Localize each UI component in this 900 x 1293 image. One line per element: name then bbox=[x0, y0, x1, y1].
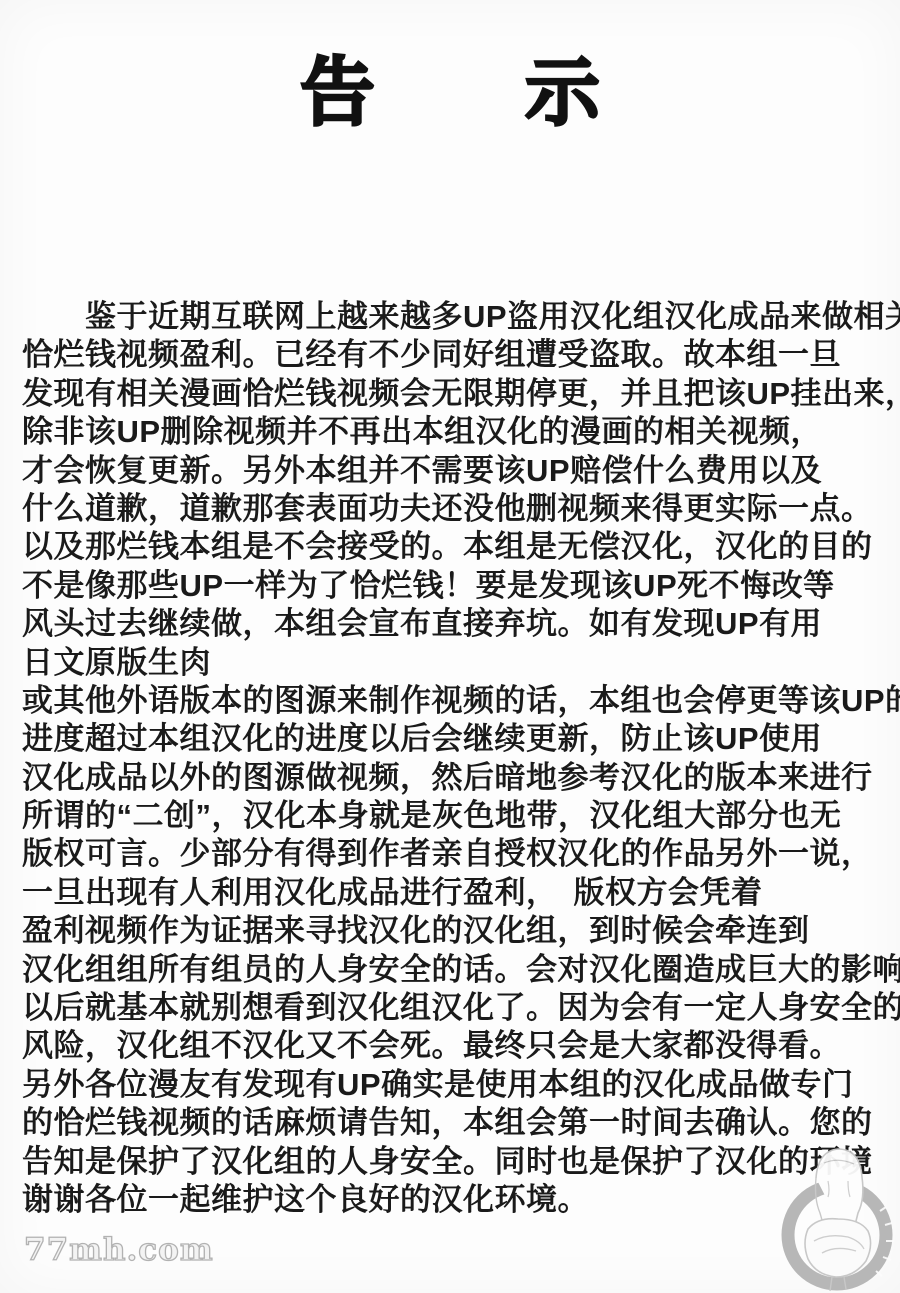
notice-line: 不是像那些UP一样为了恰烂钱！要是发现该UP死不悔改等 bbox=[22, 567, 896, 605]
notice-line: 一旦出现有人利用汉化成品进行盈利， 版权方会凭着 bbox=[22, 874, 896, 912]
notice-line: 鉴于近期互联网上越来越多UP盗用汉化组汉化成品来做相关 bbox=[22, 298, 896, 336]
notice-line: 发现有相关漫画恰烂钱视频会无限期停更，并且把该UP挂出来， bbox=[22, 375, 896, 413]
notice-page: 告 示 鉴于近期互联网上越来越多UP盗用汉化组汉化成品来做相关恰烂钱视频盈利。已… bbox=[0, 0, 900, 1293]
group-seal-icon bbox=[768, 1133, 900, 1293]
notice-line: 所谓的“二创”，汉化本身就是灰色地带，汉化组大部分也无 bbox=[22, 797, 896, 835]
notice-line: 盈利视频作为证据来寻找汉化的汉化组，到时候会牵连到 bbox=[22, 912, 896, 950]
notice-line: 风险，汉化组不汉化又不会死。最终只会是大家都没得看。 bbox=[22, 1027, 896, 1065]
notice-line: 除非该UP删除视频并不再出本组汉化的漫画的相关视频， bbox=[22, 413, 896, 451]
notice-line: 汉化成品以外的图源做视频，然后暗地参考汉化的版本来进行 bbox=[22, 759, 896, 797]
page-title: 告 示 bbox=[0, 0, 900, 130]
notice-body: 鉴于近期互联网上越来越多UP盗用汉化组汉化成品来做相关恰烂钱视频盈利。已经有不少… bbox=[0, 298, 900, 1219]
notice-line: 谢谢各位一起维护这个良好的汉化环境。 bbox=[22, 1181, 896, 1219]
notice-line: 告知是保护了汉化组的人身安全。同时也是保护了汉化的环境 bbox=[22, 1143, 896, 1181]
notice-line: 汉化组组所有组员的人身安全的话。会对汉化圈造成巨大的影响， bbox=[22, 951, 896, 989]
title-char-left: 告 bbox=[301, 56, 375, 130]
notice-line: 什么道歉，道歉那套表面功夫还没他删视频来得更实际一点。 bbox=[22, 490, 896, 528]
notice-line: 进度超过本组汉化的进度以后会继续更新，防止该UP使用 bbox=[22, 720, 896, 758]
notice-line: 风头过去继续做，本组会宣布直接弃坑。如有发现UP有用 bbox=[22, 605, 896, 643]
notice-line: 恰烂钱视频盈利。已经有不少同好组遭受盗取。故本组一旦 bbox=[22, 336, 896, 374]
notice-line: 日文原版生肉 bbox=[22, 644, 896, 682]
title-char-right: 示 bbox=[526, 56, 600, 130]
site-watermark: 77mh.com bbox=[24, 1232, 214, 1268]
notice-line: 才会恢复更新。另外本组并不需要该UP赔偿什么费用以及 bbox=[22, 452, 896, 490]
notice-line: 另外各位漫友有发现有UP确实是使用本组的汉化成品做专门 bbox=[22, 1066, 896, 1104]
notice-line: 以后就基本就别想看到汉化组汉化了。因为会有一定人身安全的 bbox=[22, 989, 896, 1027]
notice-line: 以及那烂钱本组是不会接受的。本组是无偿汉化，汉化的目的 bbox=[22, 528, 896, 566]
notice-line: 或其他外语版本的图源来制作视频的话，本组也会停更等该UP的 bbox=[22, 682, 896, 720]
notice-line: 的恰烂钱视频的话麻烦请告知，本组会第一时间去确认。您的 bbox=[22, 1104, 896, 1142]
notice-line: 版权可言。少部分有得到作者亲自授权汉化的作品另外一说， bbox=[22, 835, 896, 873]
